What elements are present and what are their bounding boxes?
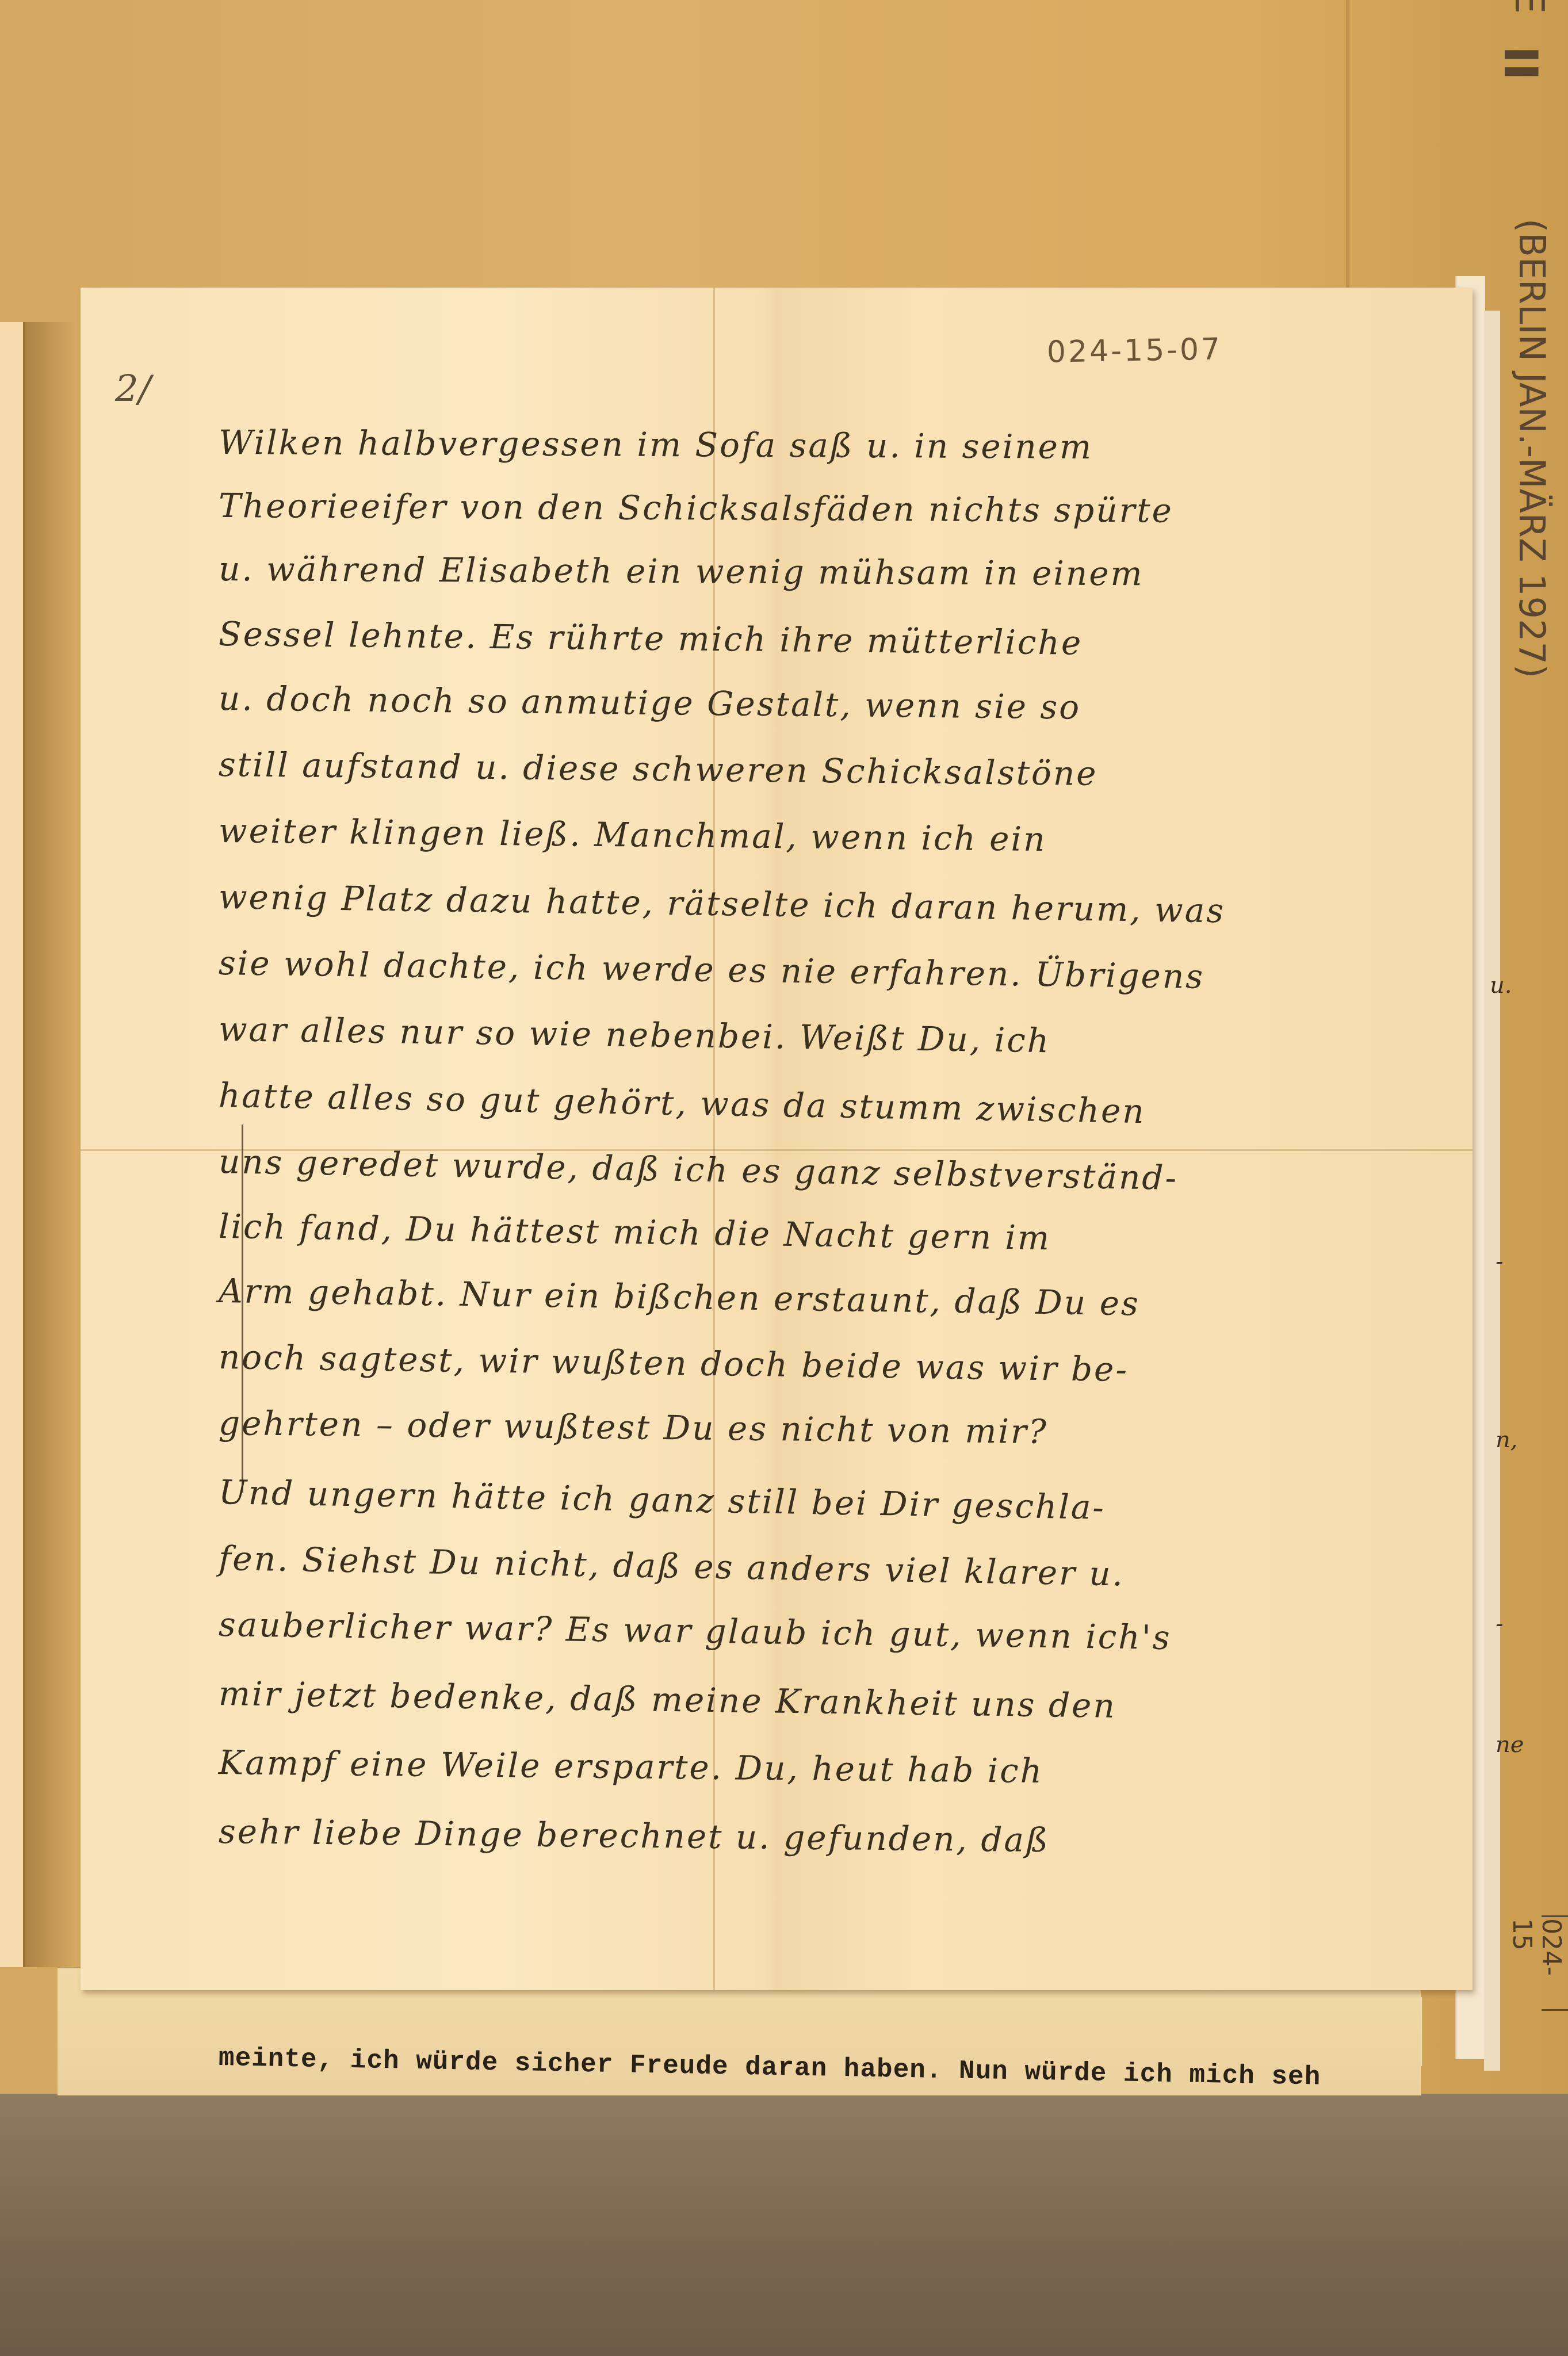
edge-mark: u. (1490, 972, 1512, 999)
edge-mark: - (1496, 1611, 1504, 1637)
archive-number: 024-15-07 (1046, 332, 1222, 369)
page-shadow (23, 322, 75, 1967)
edge-mark: ne (1496, 1731, 1524, 1758)
stacked-page-edge-2 (1484, 311, 1500, 2071)
letter-line: Theorieeifer von den Schicksalsfäden nic… (219, 486, 1473, 531)
edge-mark: n, (1496, 1426, 1517, 1453)
vertical-fold (713, 288, 715, 1990)
folder-label-location-date: (BERLIN JAN.-MÄRZ 1927) (1511, 219, 1553, 678)
edge-mark: - (1496, 1248, 1504, 1275)
adjacent-page-left (0, 322, 25, 1967)
handwritten-letter-page (81, 288, 1473, 1990)
letter-line: Wilken halbvergessen im Sofa saß u. in s… (219, 423, 1473, 468)
table-surface (0, 2094, 1568, 2356)
letter-line: u. während Elisabeth ein wenig mühsam in… (219, 549, 1473, 595)
folder-label-letter: E (1506, 0, 1553, 14)
page-marker: 2/ (115, 368, 151, 411)
folder-box-number: 024-15 (1507, 1918, 1566, 1976)
folder-label-roman: II (1494, 46, 1547, 81)
